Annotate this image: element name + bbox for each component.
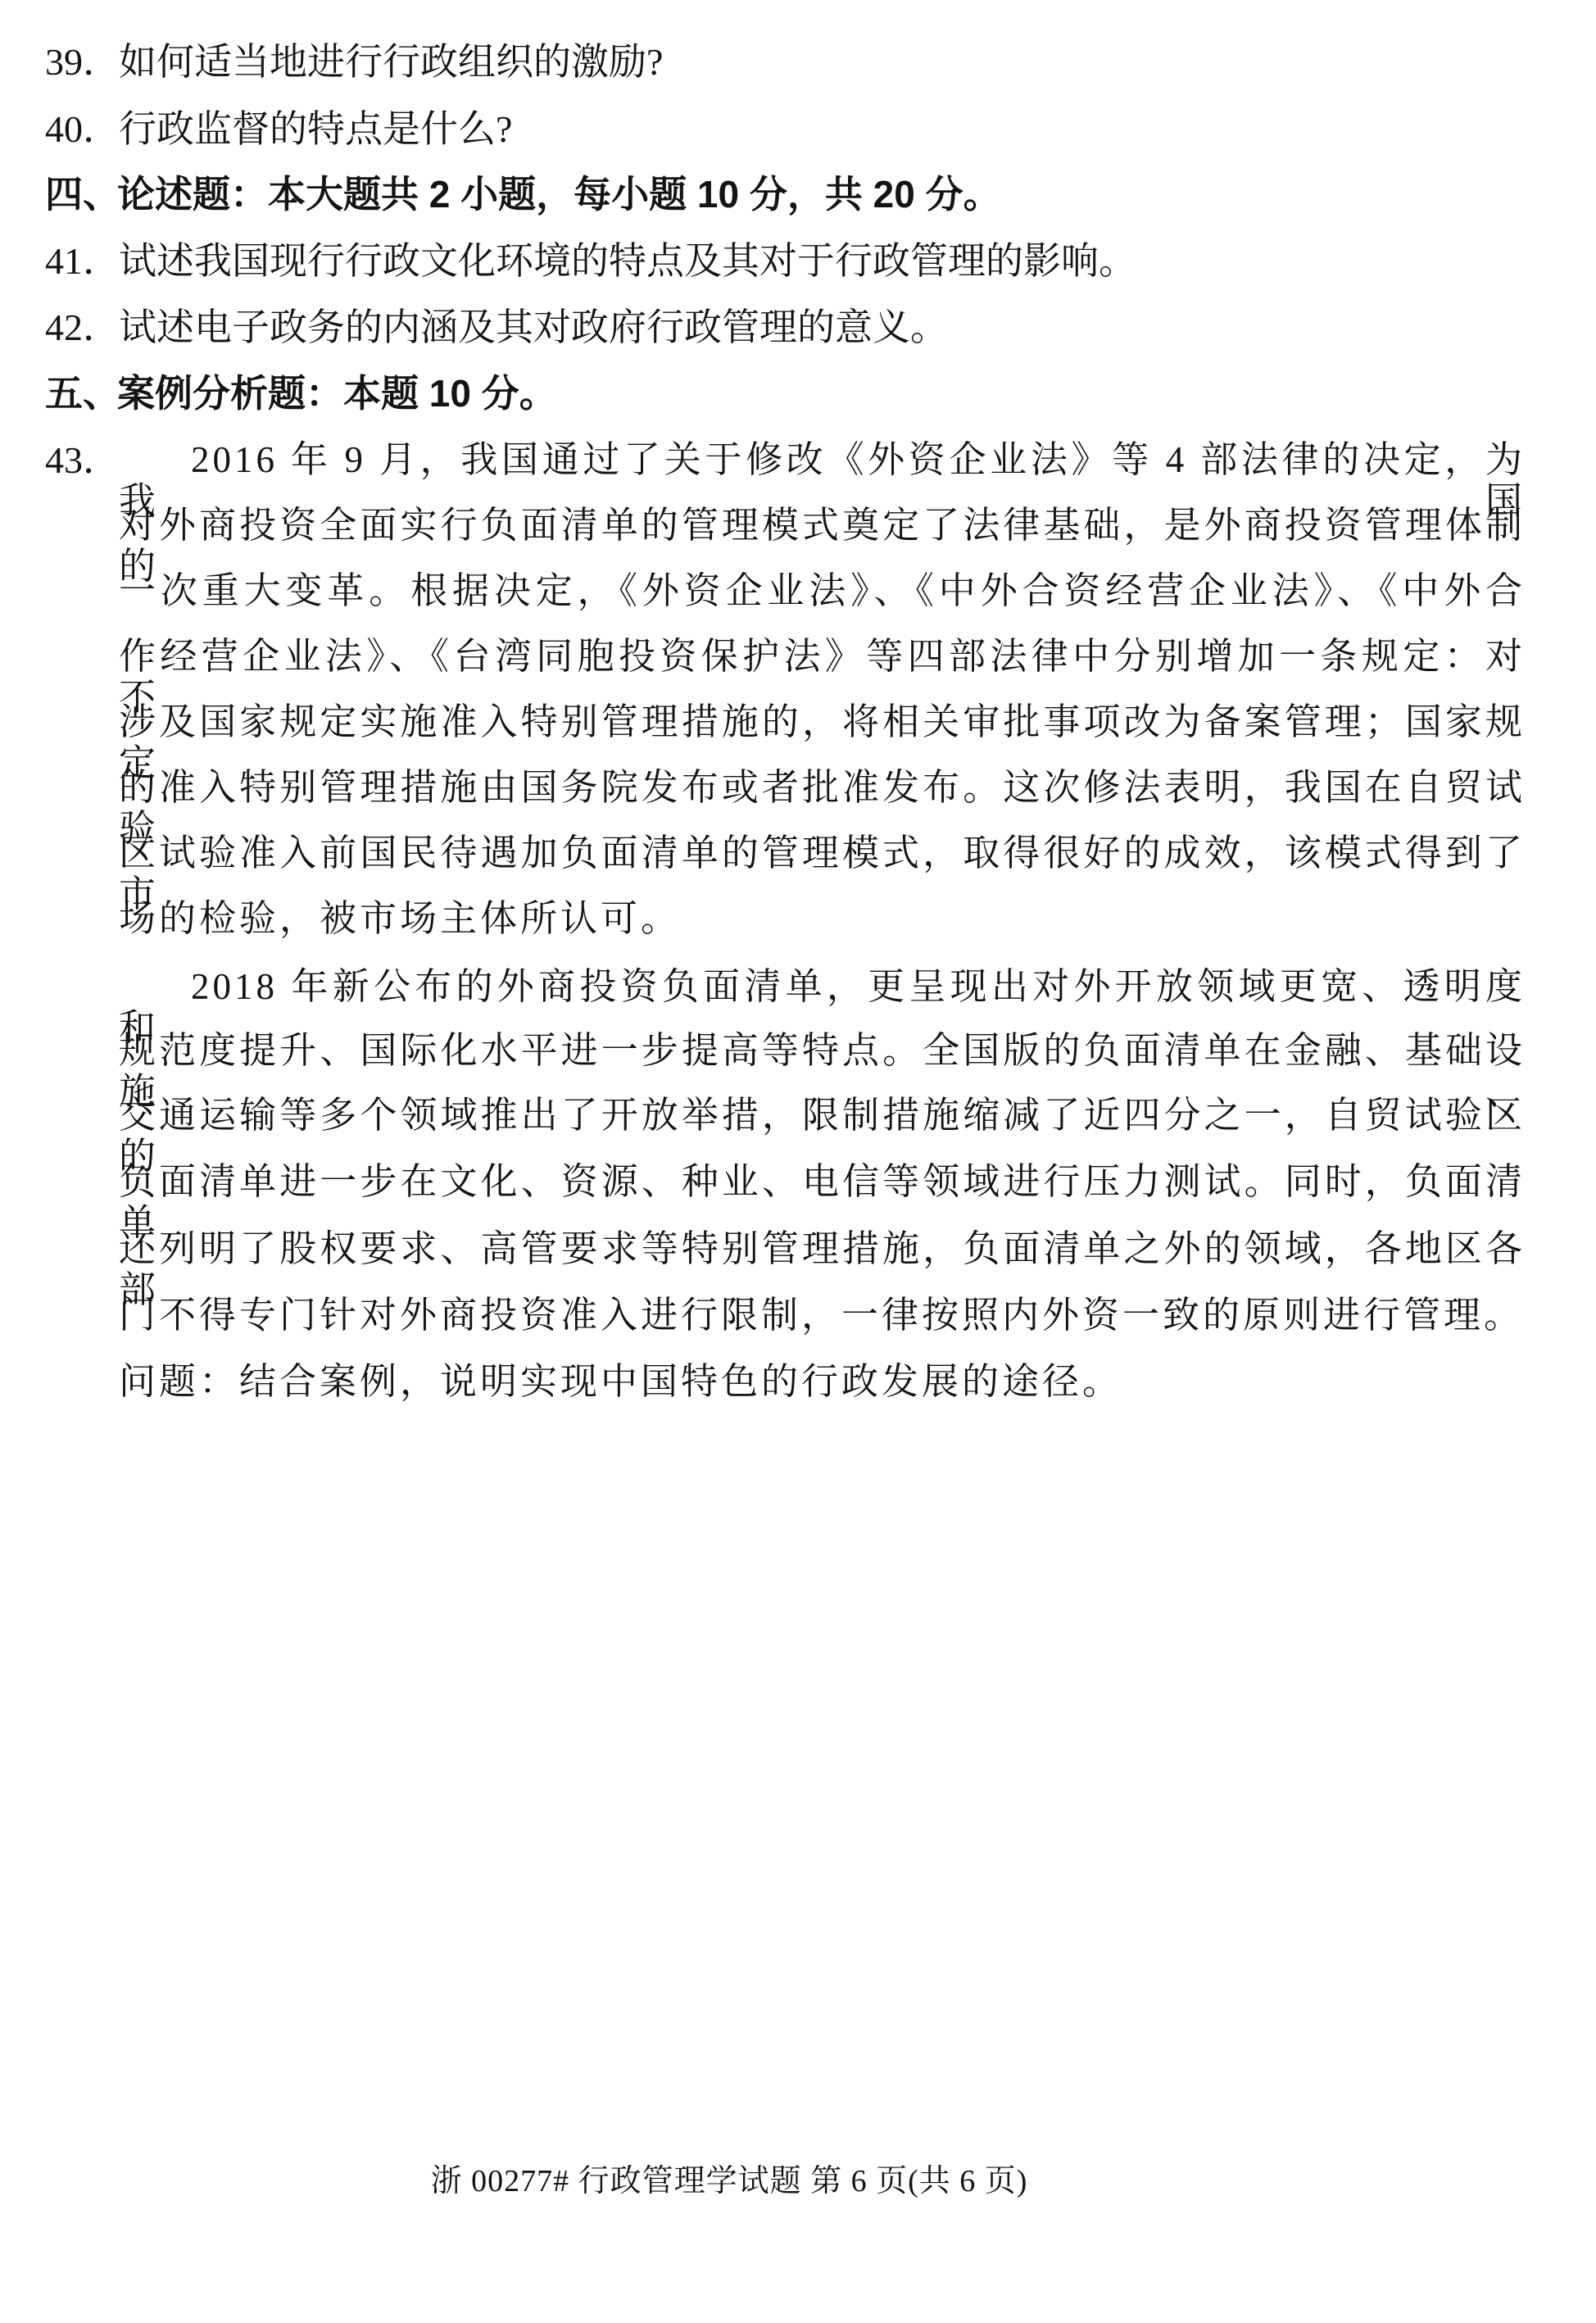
section-five-number: 五、 bbox=[45, 372, 117, 415]
question-40-number: 40． bbox=[45, 108, 119, 152]
section-five-title: 案例分析题：本题 10 分。 bbox=[117, 372, 557, 415]
question-40: 40．行政监督的特点是什么? bbox=[45, 108, 512, 152]
case-paragraph1-line-3: 一次重大变革。根据决定，《外资企业法》、《中外合资经营企业法》、《中外合 bbox=[119, 571, 1526, 612]
question-39-number: 39． bbox=[45, 41, 119, 84]
section-four-title: 论述题：本大题共 2 小题，每小题 10 分，共 20 分。 bbox=[117, 173, 1001, 216]
section-four-header: 四、论述题：本大题共 2 小题，每小题 10 分，共 20 分。 bbox=[45, 173, 1001, 216]
page-footer: 浙 00277# 行政管理学试题 第 6 页(共 6 页) bbox=[0, 2163, 1458, 2201]
question-43-number: 43． bbox=[45, 440, 120, 482]
case-paragraph2-line-6: 门不得专门针对外商投资准入进行限制，一律按照内外资一致的原则进行管理。 bbox=[119, 1295, 1526, 1336]
question-41-text: 试述我国现行行政文化环境的特点及其对于行政管理的影响。 bbox=[119, 240, 1136, 282]
section-four-number: 四、 bbox=[45, 173, 117, 216]
question-42: 42．试述电子政务的内涵及其对政府行政管理的意义。 bbox=[45, 306, 948, 350]
question-40-text: 行政监督的特点是什么? bbox=[119, 108, 512, 150]
case-paragraph1-line-8: 场的检验，被市场主体所认可。 bbox=[119, 899, 1526, 940]
question-39-text: 如何适当地进行行政组织的激励? bbox=[119, 41, 663, 83]
section-five-header: 五、案例分析题：本题 10 分。 bbox=[45, 372, 557, 415]
exam-paper-page: 39．如何适当地进行行政组织的激励? 40．行政监督的特点是什么? 四、论述题：… bbox=[0, 0, 1596, 2323]
question-39: 39．如何适当地进行行政组织的激励? bbox=[45, 41, 663, 84]
case-question-line: 问题：结合案例，说明实现中国特色的行政发展的途径。 bbox=[119, 1362, 1526, 1403]
question-41: 41．试述我国现行行政文化环境的特点及其对于行政管理的影响。 bbox=[45, 240, 1136, 284]
question-42-number: 42． bbox=[45, 306, 119, 350]
question-42-text: 试述电子政务的内涵及其对政府行政管理的意义。 bbox=[119, 306, 948, 348]
question-41-number: 41． bbox=[45, 240, 119, 284]
